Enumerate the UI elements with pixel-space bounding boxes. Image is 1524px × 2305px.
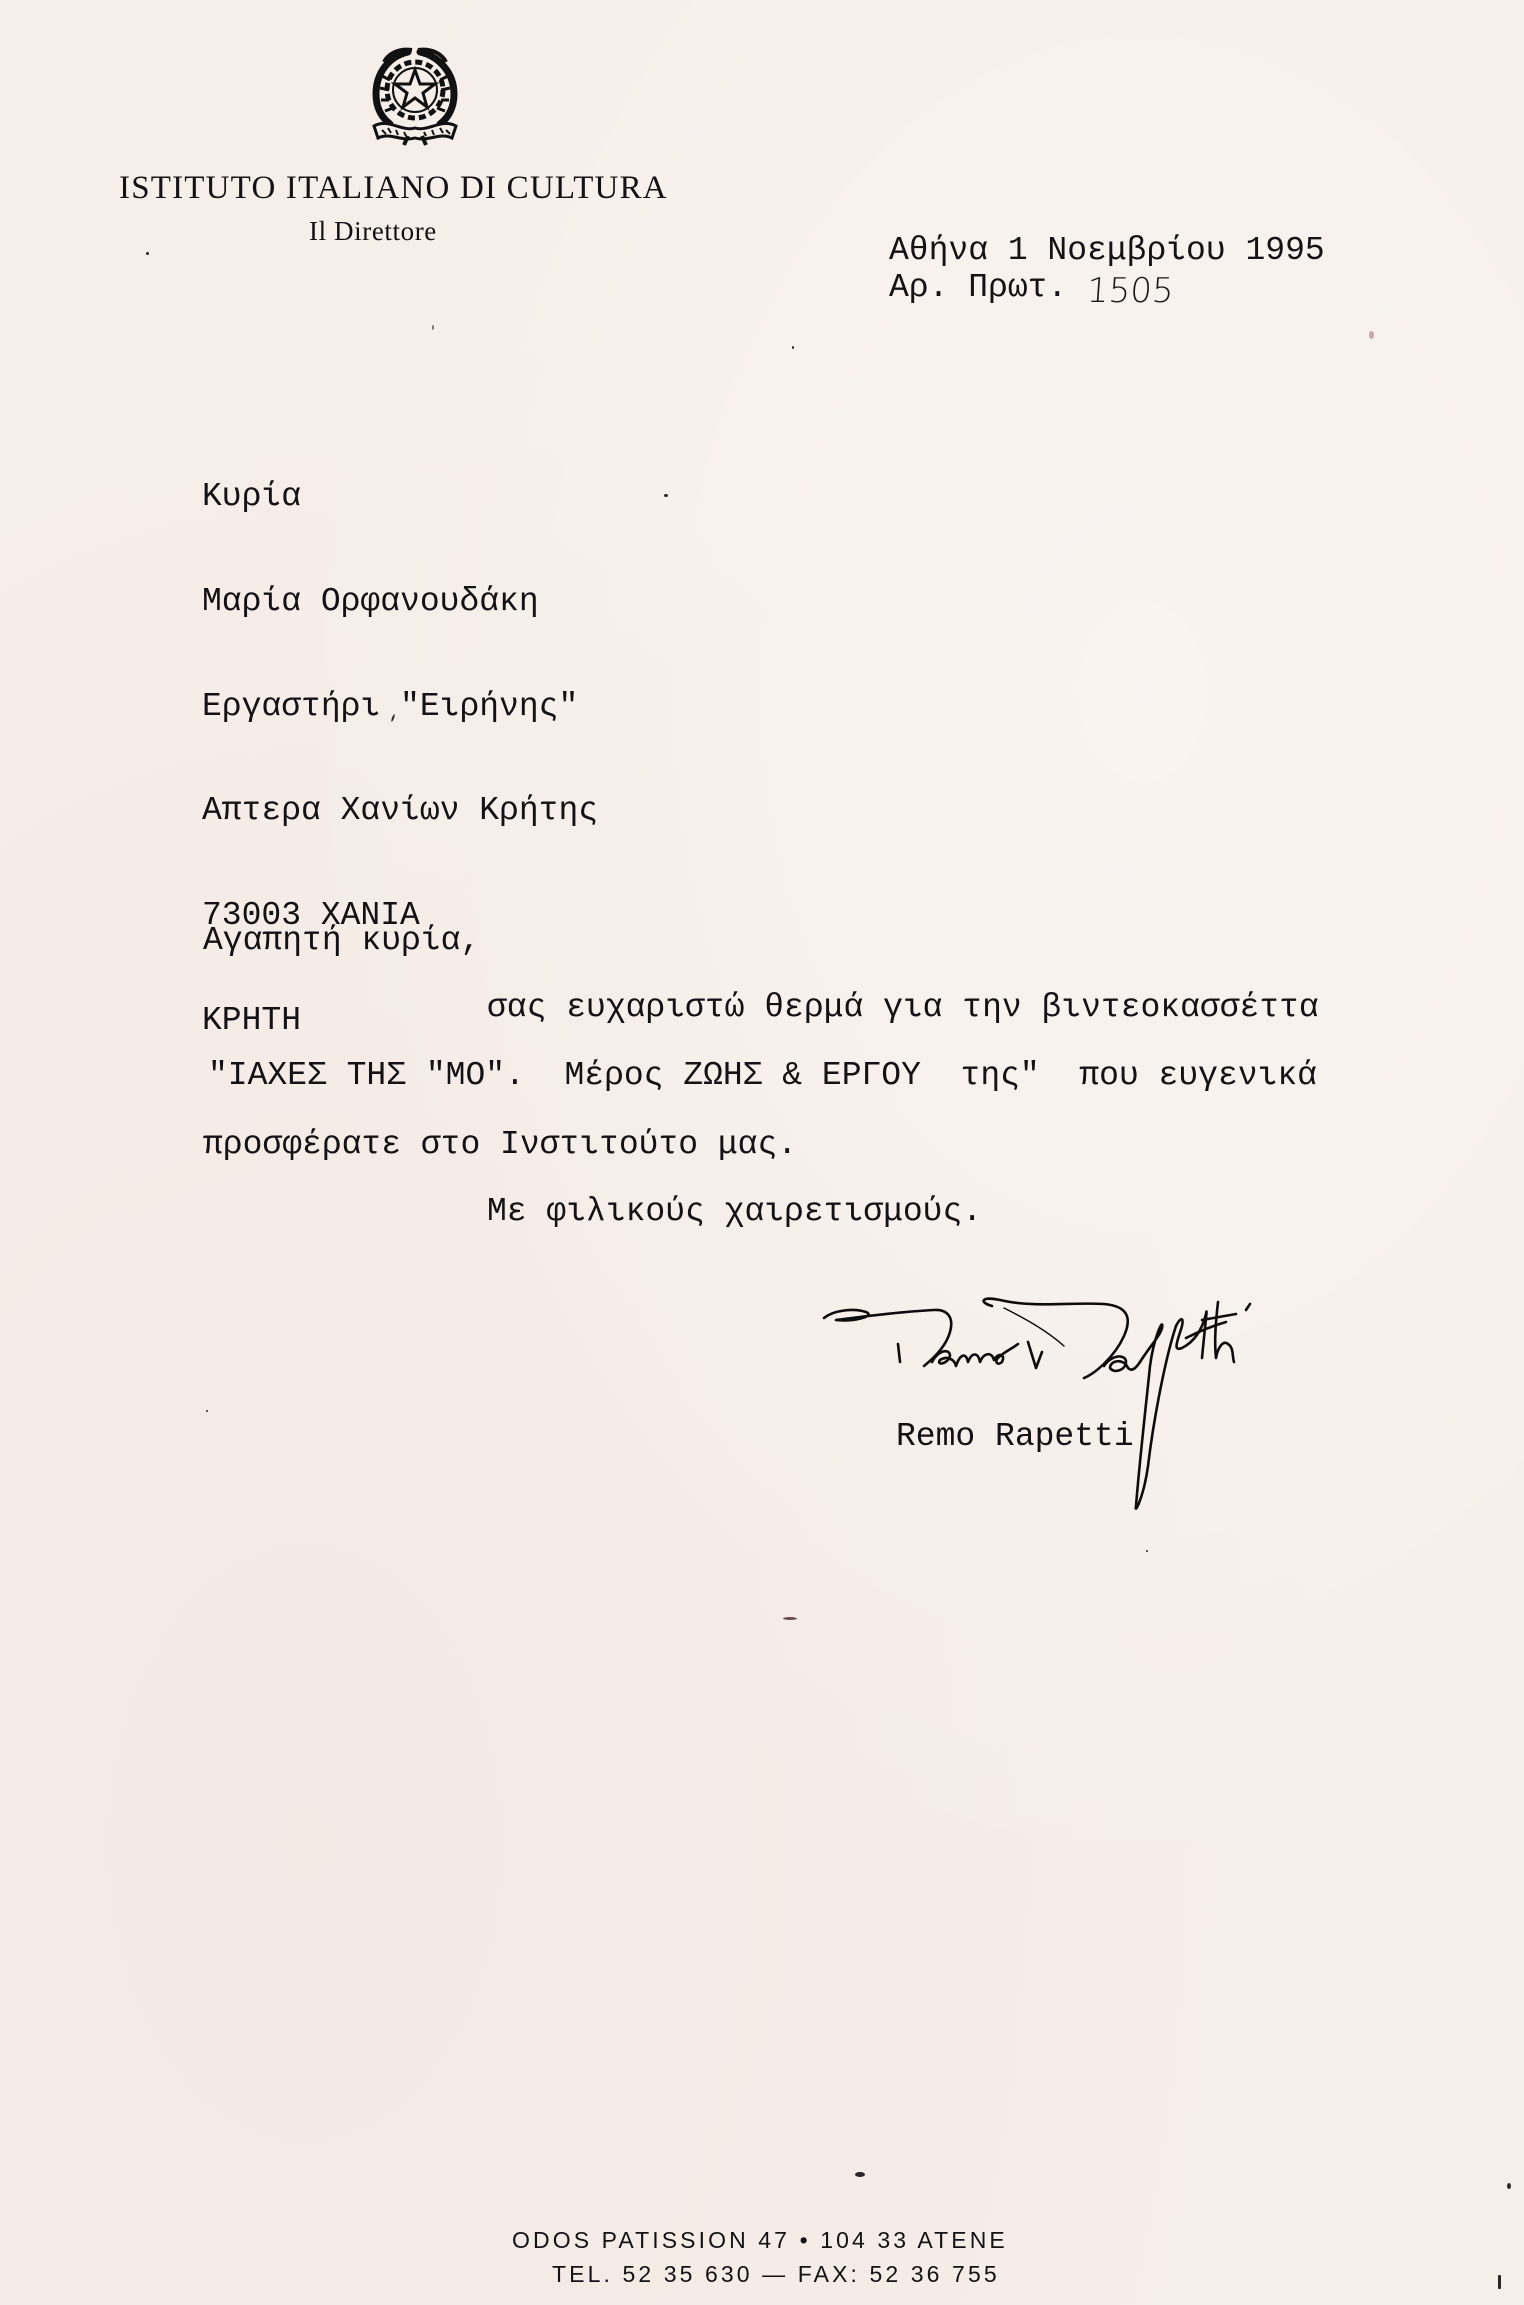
sender-role: Il Direttore bbox=[309, 216, 437, 246]
address-line: Κυρία bbox=[202, 480, 598, 515]
paper-speck bbox=[855, 2172, 865, 2177]
body-line: "ΙΑΧΕΣ ΤΗΣ "ΜΟ". Μέρος ΖΩΗΣ & ΕΡΓΟΥ της"… bbox=[208, 1058, 1317, 1093]
address-line: Εργαστήρι "Ειρήνης" bbox=[202, 690, 598, 725]
paper-speck bbox=[1369, 331, 1374, 339]
paper-speck bbox=[1146, 1550, 1148, 1552]
paper-speck bbox=[1498, 2275, 1501, 2289]
address-line: Απτερα Χανίων Κρήτης bbox=[202, 794, 598, 829]
italian-republic-emblem-icon bbox=[360, 28, 454, 128]
protocol-number-handwritten: 1505 bbox=[1086, 274, 1175, 309]
institution-name: ISTITUTO ITALIANO DI CULTURA bbox=[119, 170, 668, 206]
footer-contact: TEL. 52 35 630 — FAX: 52 36 755 bbox=[552, 2260, 1000, 2288]
salutation: Αγαπητή κυρία, bbox=[203, 923, 480, 958]
recipient-address: Κυρία Μαρία Ορφανουδάκη Εργαστήρι "Ειρήν… bbox=[202, 410, 598, 1074]
closing-line: Με φιλικούς χαιρετισμούς. bbox=[487, 1194, 982, 1229]
handwritten-signature-icon bbox=[806, 1278, 1366, 1498]
letter-date: Αθήνα 1 Νοεμβρίου 1995 bbox=[889, 233, 1325, 268]
body-line: σας ευχαριστώ θερμά για την βιντεοκασσέτ… bbox=[487, 990, 1319, 1025]
paper-speck bbox=[432, 325, 434, 330]
paper-speck bbox=[664, 494, 668, 497]
footer-address: ODOS PATISSION 47 • 104 33 ATENE bbox=[512, 2226, 1008, 2254]
protocol-reference: Αρ. Πρωτ. 1505 bbox=[889, 268, 1174, 305]
body-line: προσφέρατε στο Ινστιτούτο μας. bbox=[203, 1127, 797, 1162]
signer-name: Remo Rapetti bbox=[896, 1419, 1134, 1454]
address-line: Μαρία Ορφανουδάκη bbox=[202, 585, 598, 620]
paper-speck bbox=[783, 1617, 797, 1620]
paper-speck bbox=[792, 346, 794, 349]
paper-speck bbox=[1507, 2183, 1511, 2189]
paper-speck bbox=[146, 252, 149, 255]
protocol-label: Αρ. Πρωτ. bbox=[889, 269, 1087, 306]
paper-speck bbox=[206, 1410, 208, 1412]
